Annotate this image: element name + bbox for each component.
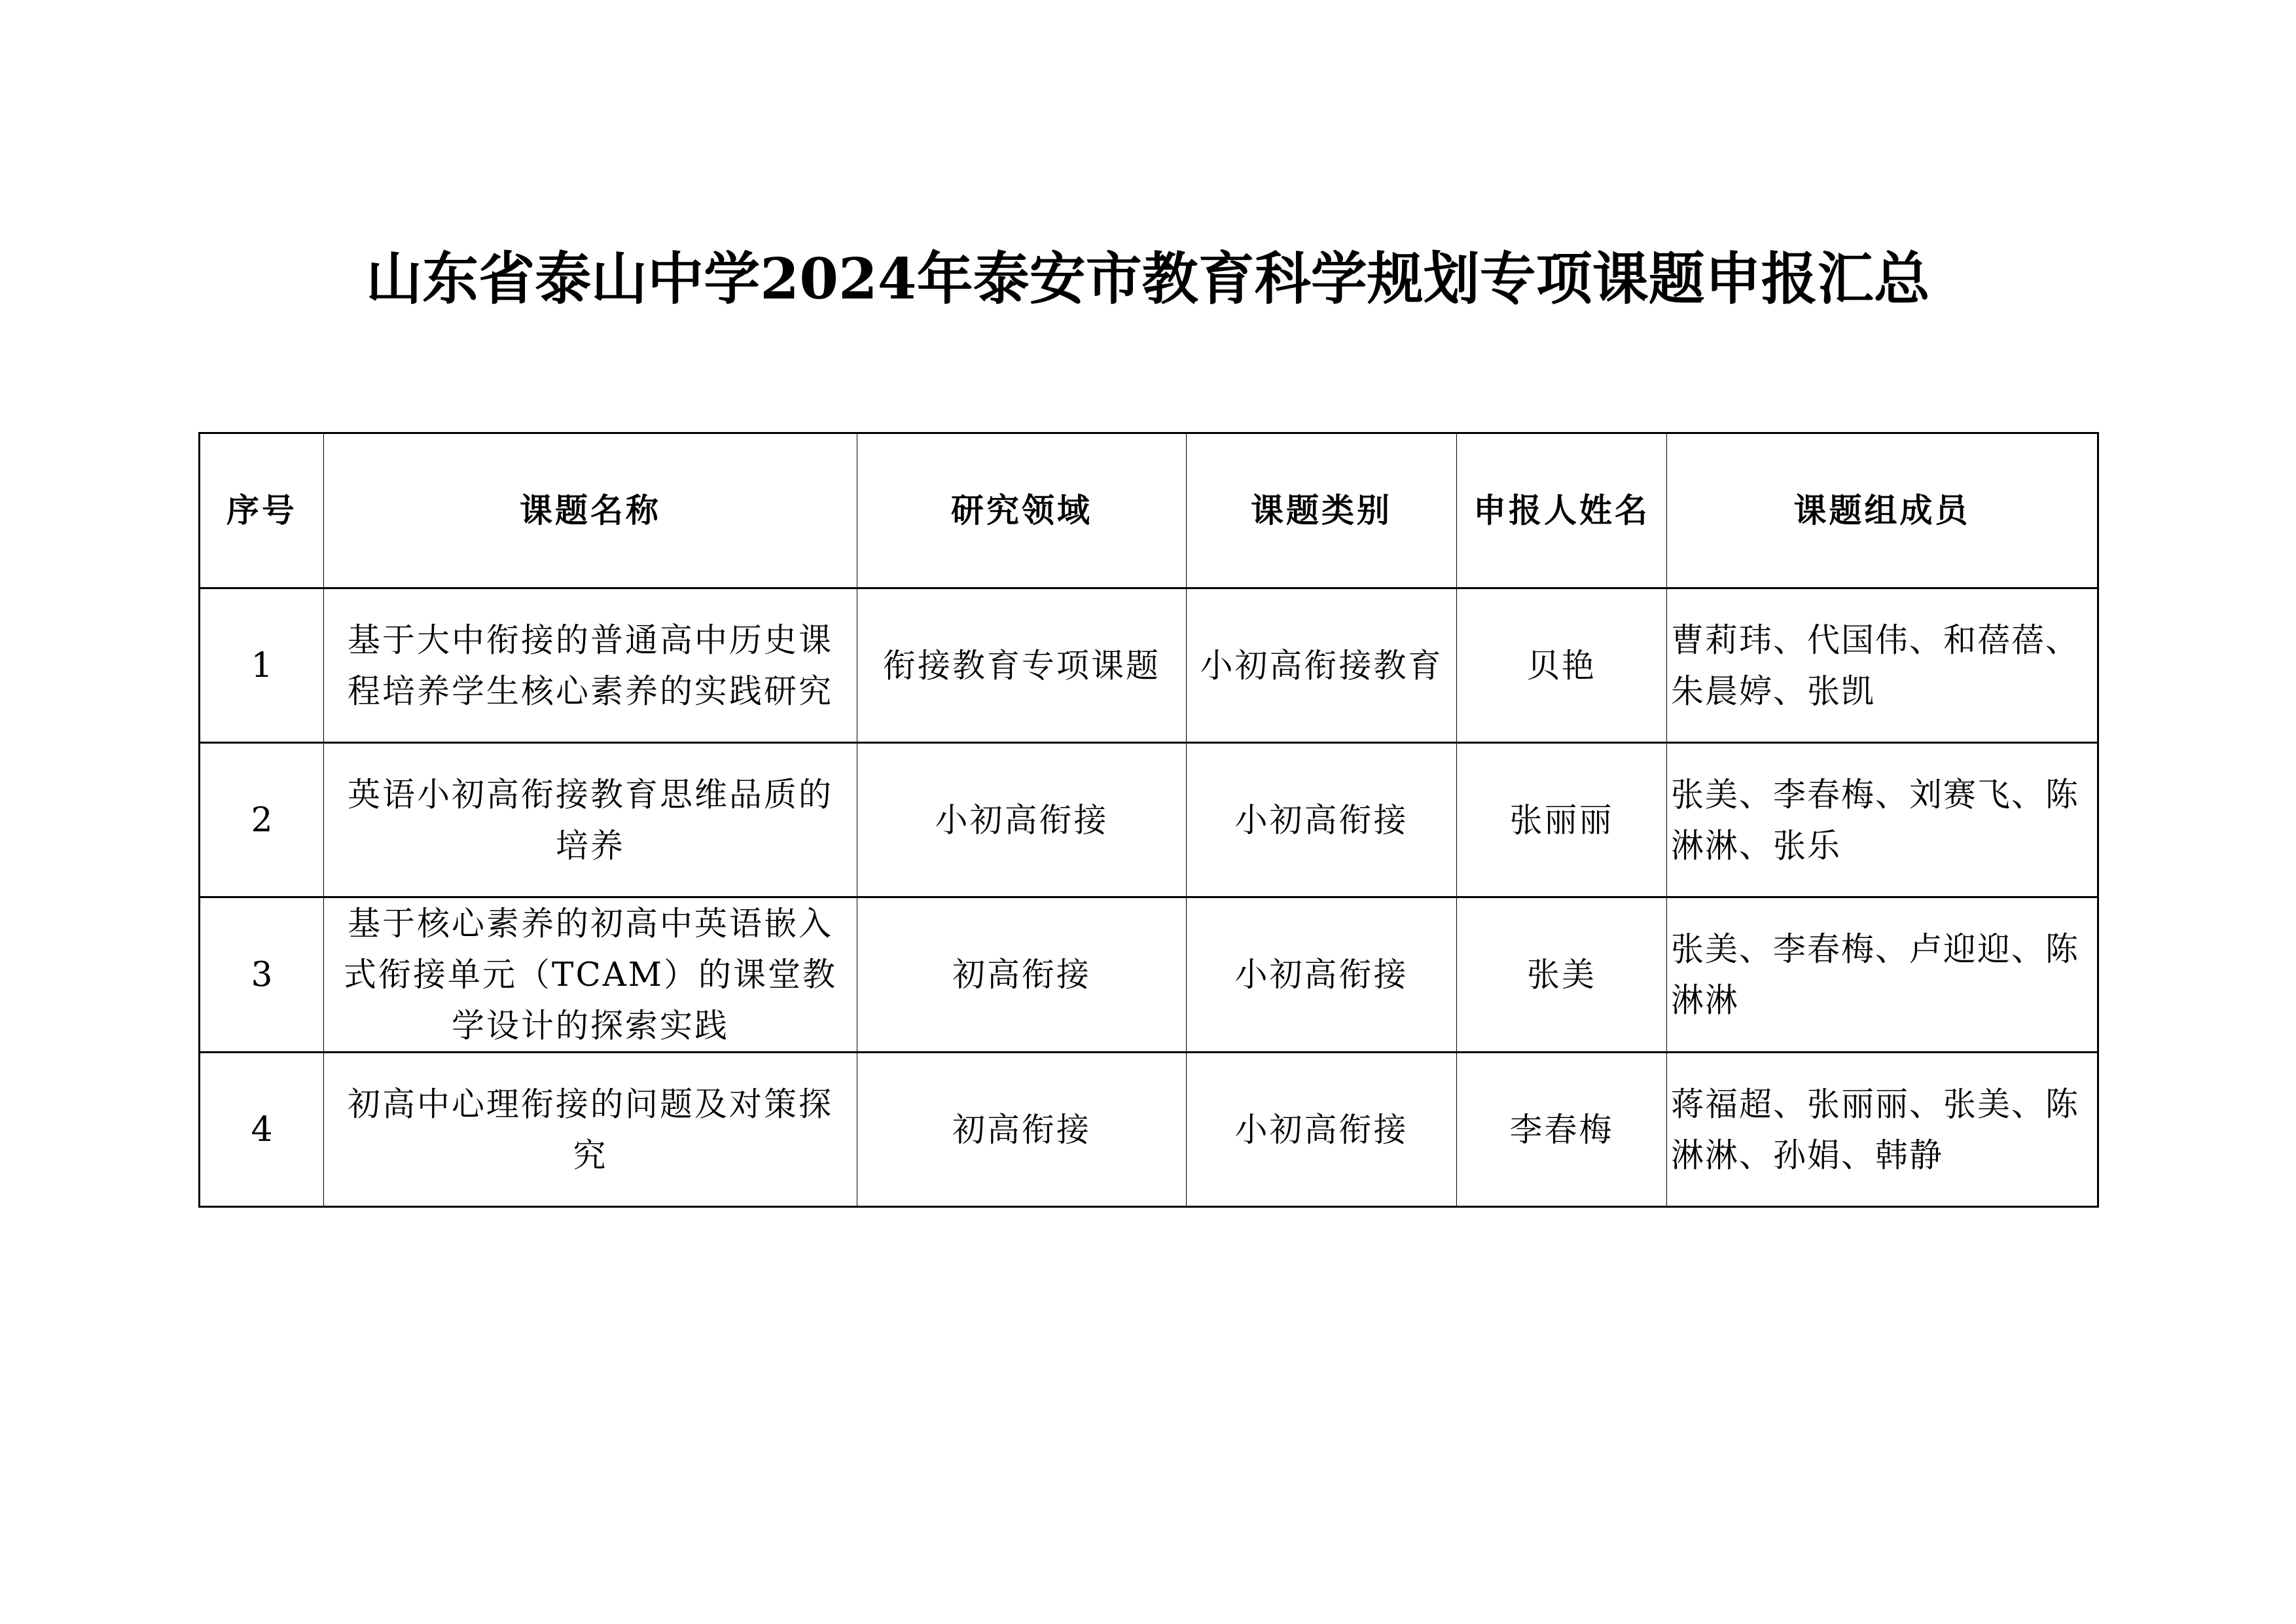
cell-topic-name: 英语小初高衔接教育思维品质的培养 xyxy=(324,743,857,897)
cell-topic-name: 初高中心理衔接的问题及对策探究 xyxy=(324,1053,857,1207)
cell-topic-category: 小初高衔接 xyxy=(1187,897,1457,1053)
cell-topic-name: 基于大中衔接的普通高中历史课程培养学生核心素养的实践研究 xyxy=(324,588,857,743)
header-members: 课题组成员 xyxy=(1667,433,2098,588)
header-topic-name: 课题名称 xyxy=(324,433,857,588)
cell-index: 3 xyxy=(200,897,324,1053)
table-header: 序号 课题名称 研究领域 课题类别 申报人姓名 课题组成员 xyxy=(200,433,2098,588)
cell-research-field: 初高衔接 xyxy=(857,897,1187,1053)
header-topic-category: 课题类别 xyxy=(1187,433,1457,588)
table-row: 1 基于大中衔接的普通高中历史课程培养学生核心素养的实践研究 衔接教育专项课题 … xyxy=(200,588,2098,743)
header-row: 序号 课题名称 研究领域 课题类别 申报人姓名 课题组成员 xyxy=(200,433,2098,588)
cell-topic-category: 小初高衔接 xyxy=(1187,743,1457,897)
cell-applicant: 贝艳 xyxy=(1457,588,1667,743)
cell-topic-category: 小初高衔接 xyxy=(1187,1053,1457,1207)
table-row: 2 英语小初高衔接教育思维品质的培养 小初高衔接 小初高衔接 张丽丽 张美、李春… xyxy=(200,743,2098,897)
header-research-field: 研究领域 xyxy=(857,433,1187,588)
cell-research-field: 衔接教育专项课题 xyxy=(857,588,1187,743)
topic-summary-table: 序号 课题名称 研究领域 课题类别 申报人姓名 课题组成员 1 基于大中衔接的普… xyxy=(198,432,2099,1208)
table-row: 3 基于核心素养的初高中英语嵌入式衔接单元（TCAM）的课堂教学设计的探索实践 … xyxy=(200,897,2098,1053)
header-index: 序号 xyxy=(200,433,324,588)
cell-research-field: 初高衔接 xyxy=(857,1053,1187,1207)
cell-members: 蒋福超、张丽丽、张美、陈淋淋、孙娟、韩静 xyxy=(1667,1053,2098,1207)
cell-topic-category: 小初高衔接教育 xyxy=(1187,588,1457,743)
cell-index: 1 xyxy=(200,588,324,743)
cell-index: 4 xyxy=(200,1053,324,1207)
table-row: 4 初高中心理衔接的问题及对策探究 初高衔接 小初高衔接 李春梅 蒋福超、张丽丽… xyxy=(200,1053,2098,1207)
cell-applicant: 张丽丽 xyxy=(1457,743,1667,897)
cell-members: 张美、李春梅、卢迎迎、陈淋淋 xyxy=(1667,897,2098,1053)
header-applicant: 申报人姓名 xyxy=(1457,433,1667,588)
cell-research-field: 小初高衔接 xyxy=(857,743,1187,897)
cell-members: 曹莉玮、代国伟、和蓓蓓、朱晨婷、张凯 xyxy=(1667,588,2098,743)
cell-topic-name: 基于核心素养的初高中英语嵌入式衔接单元（TCAM）的课堂教学设计的探索实践 xyxy=(324,897,857,1053)
cell-index: 2 xyxy=(200,743,324,897)
cell-applicant: 李春梅 xyxy=(1457,1053,1667,1207)
cell-members: 张美、李春梅、刘赛飞、陈淋淋、张乐 xyxy=(1667,743,2098,897)
table-body: 1 基于大中衔接的普通高中历史课程培养学生核心素养的实践研究 衔接教育专项课题 … xyxy=(200,588,2098,1207)
cell-applicant: 张美 xyxy=(1457,897,1667,1053)
page-title: 山东省泰山中学2024年泰安市教育科学规划专项课题申报汇总 xyxy=(0,244,2296,316)
